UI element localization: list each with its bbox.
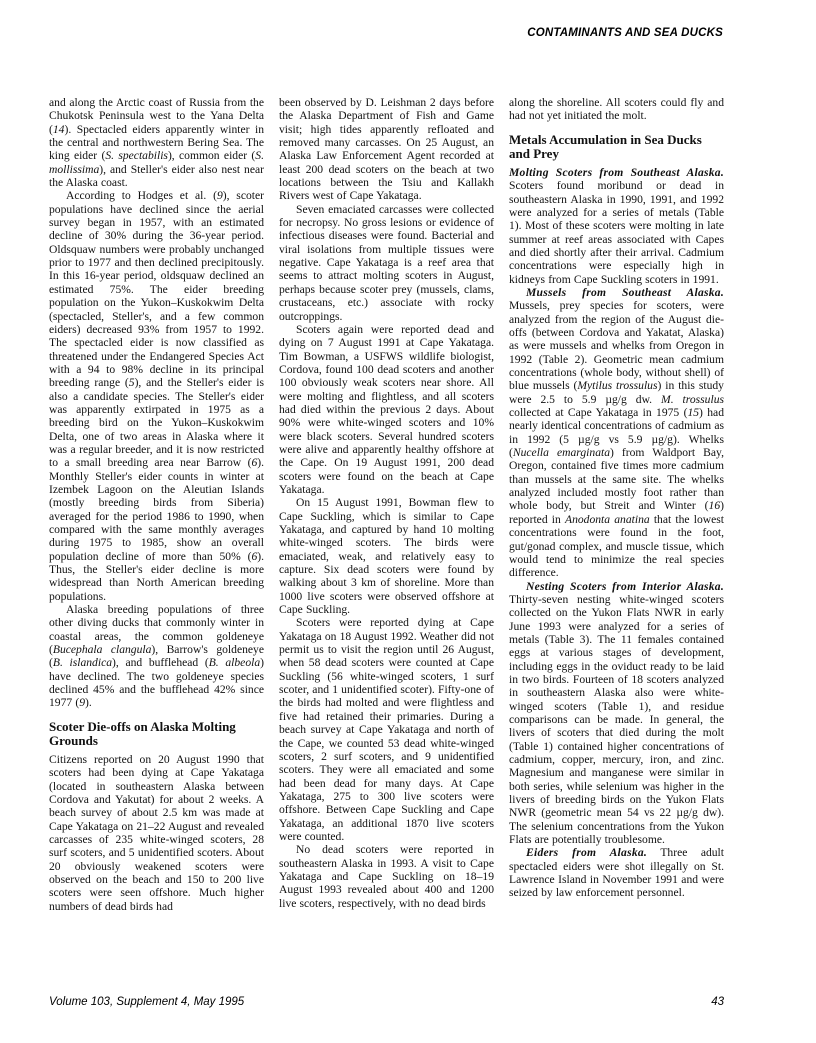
italic-run: S. spectabilis (105, 149, 168, 162)
section-heading: Metals Accumulation in Sea Ducks and Pre… (509, 133, 724, 162)
italic-run: 6 (251, 550, 257, 563)
paragraph: No dead scoters were reported in southea… (279, 843, 494, 910)
paragraph: Scoters again were reported dead and dyi… (279, 323, 494, 496)
paragraph: been observed by D. Leishman 2 days befo… (279, 96, 494, 203)
page-footer: Volume 103, Supplement 4, May 1995 43 (49, 996, 724, 1008)
italic-run: 9 (79, 696, 85, 709)
runin-subheading: Nesting Scoters from Interior Alaska. (526, 580, 724, 593)
italic-run: B. islandica (53, 656, 112, 669)
italic-run: Nucella emarginata (513, 446, 610, 459)
italic-run: Mytilus trossulus (577, 379, 657, 392)
italic-run: 14 (53, 123, 65, 136)
page-number: 43 (711, 996, 724, 1008)
italic-run: 16 (709, 499, 721, 512)
column-1: and along the Arctic coast of Russia fro… (49, 96, 264, 913)
column-2: been observed by D. Leishman 2 days befo… (279, 96, 494, 913)
paragraph: According to Hodges et al. (9), scoter p… (49, 189, 264, 603)
column-3: along the shoreline. All scoters could f… (509, 96, 724, 913)
runin-subheading: Mussels from Southeast Alaska. (526, 286, 724, 299)
paragraph: Scoters were reported dying at Cape Yaka… (279, 616, 494, 843)
paragraph: Citizens reported on 20 August 1990 that… (49, 753, 264, 913)
italic-run: 15 (687, 406, 699, 419)
text-columns: and along the Arctic coast of Russia fro… (49, 96, 724, 913)
italic-run: 6 (251, 456, 257, 469)
paragraph: Nesting Scoters from Interior Alaska. Th… (509, 580, 724, 847)
paragraph: Mussels from Southeast Alaska. Mussels, … (509, 286, 724, 580)
italic-run: B. albeola (209, 656, 260, 669)
section-heading: Scoter Die-offs on Alaska Molting Ground… (49, 720, 264, 749)
paragraph: Molting Scoters from Southeast Alaska. S… (509, 166, 724, 286)
paragraph: and along the Arctic coast of Russia fro… (49, 96, 264, 189)
italic-run: Anodonta anatina (565, 513, 650, 526)
paragraph: along the shoreline. All scoters could f… (509, 96, 724, 123)
paragraph: Eiders from Alaska. Three adult spectacl… (509, 846, 724, 899)
footer-citation: Volume 103, Supplement 4, May 1995 (49, 996, 244, 1008)
paragraph: On 15 August 1991, Bowman flew to Cape S… (279, 496, 494, 616)
runin-subheading: Molting Scoters from Southeast Alaska. (509, 166, 724, 179)
italic-run: Bucephala clangula (53, 643, 152, 656)
running-head: CONTAMINANTS AND SEA DUCKS (527, 27, 723, 39)
italic-run: 5 (129, 376, 135, 389)
journal-page: CONTAMINANTS AND SEA DUCKS and along the… (0, 0, 816, 1043)
runin-subheading: Eiders from Alaska. (526, 846, 647, 859)
paragraph: Alaska breeding populations of three oth… (49, 603, 264, 710)
paragraph: Seven emaciated carcasses were collected… (279, 203, 494, 323)
italic-run: 9 (217, 189, 223, 202)
italic-run: M. trossulus (661, 393, 724, 406)
